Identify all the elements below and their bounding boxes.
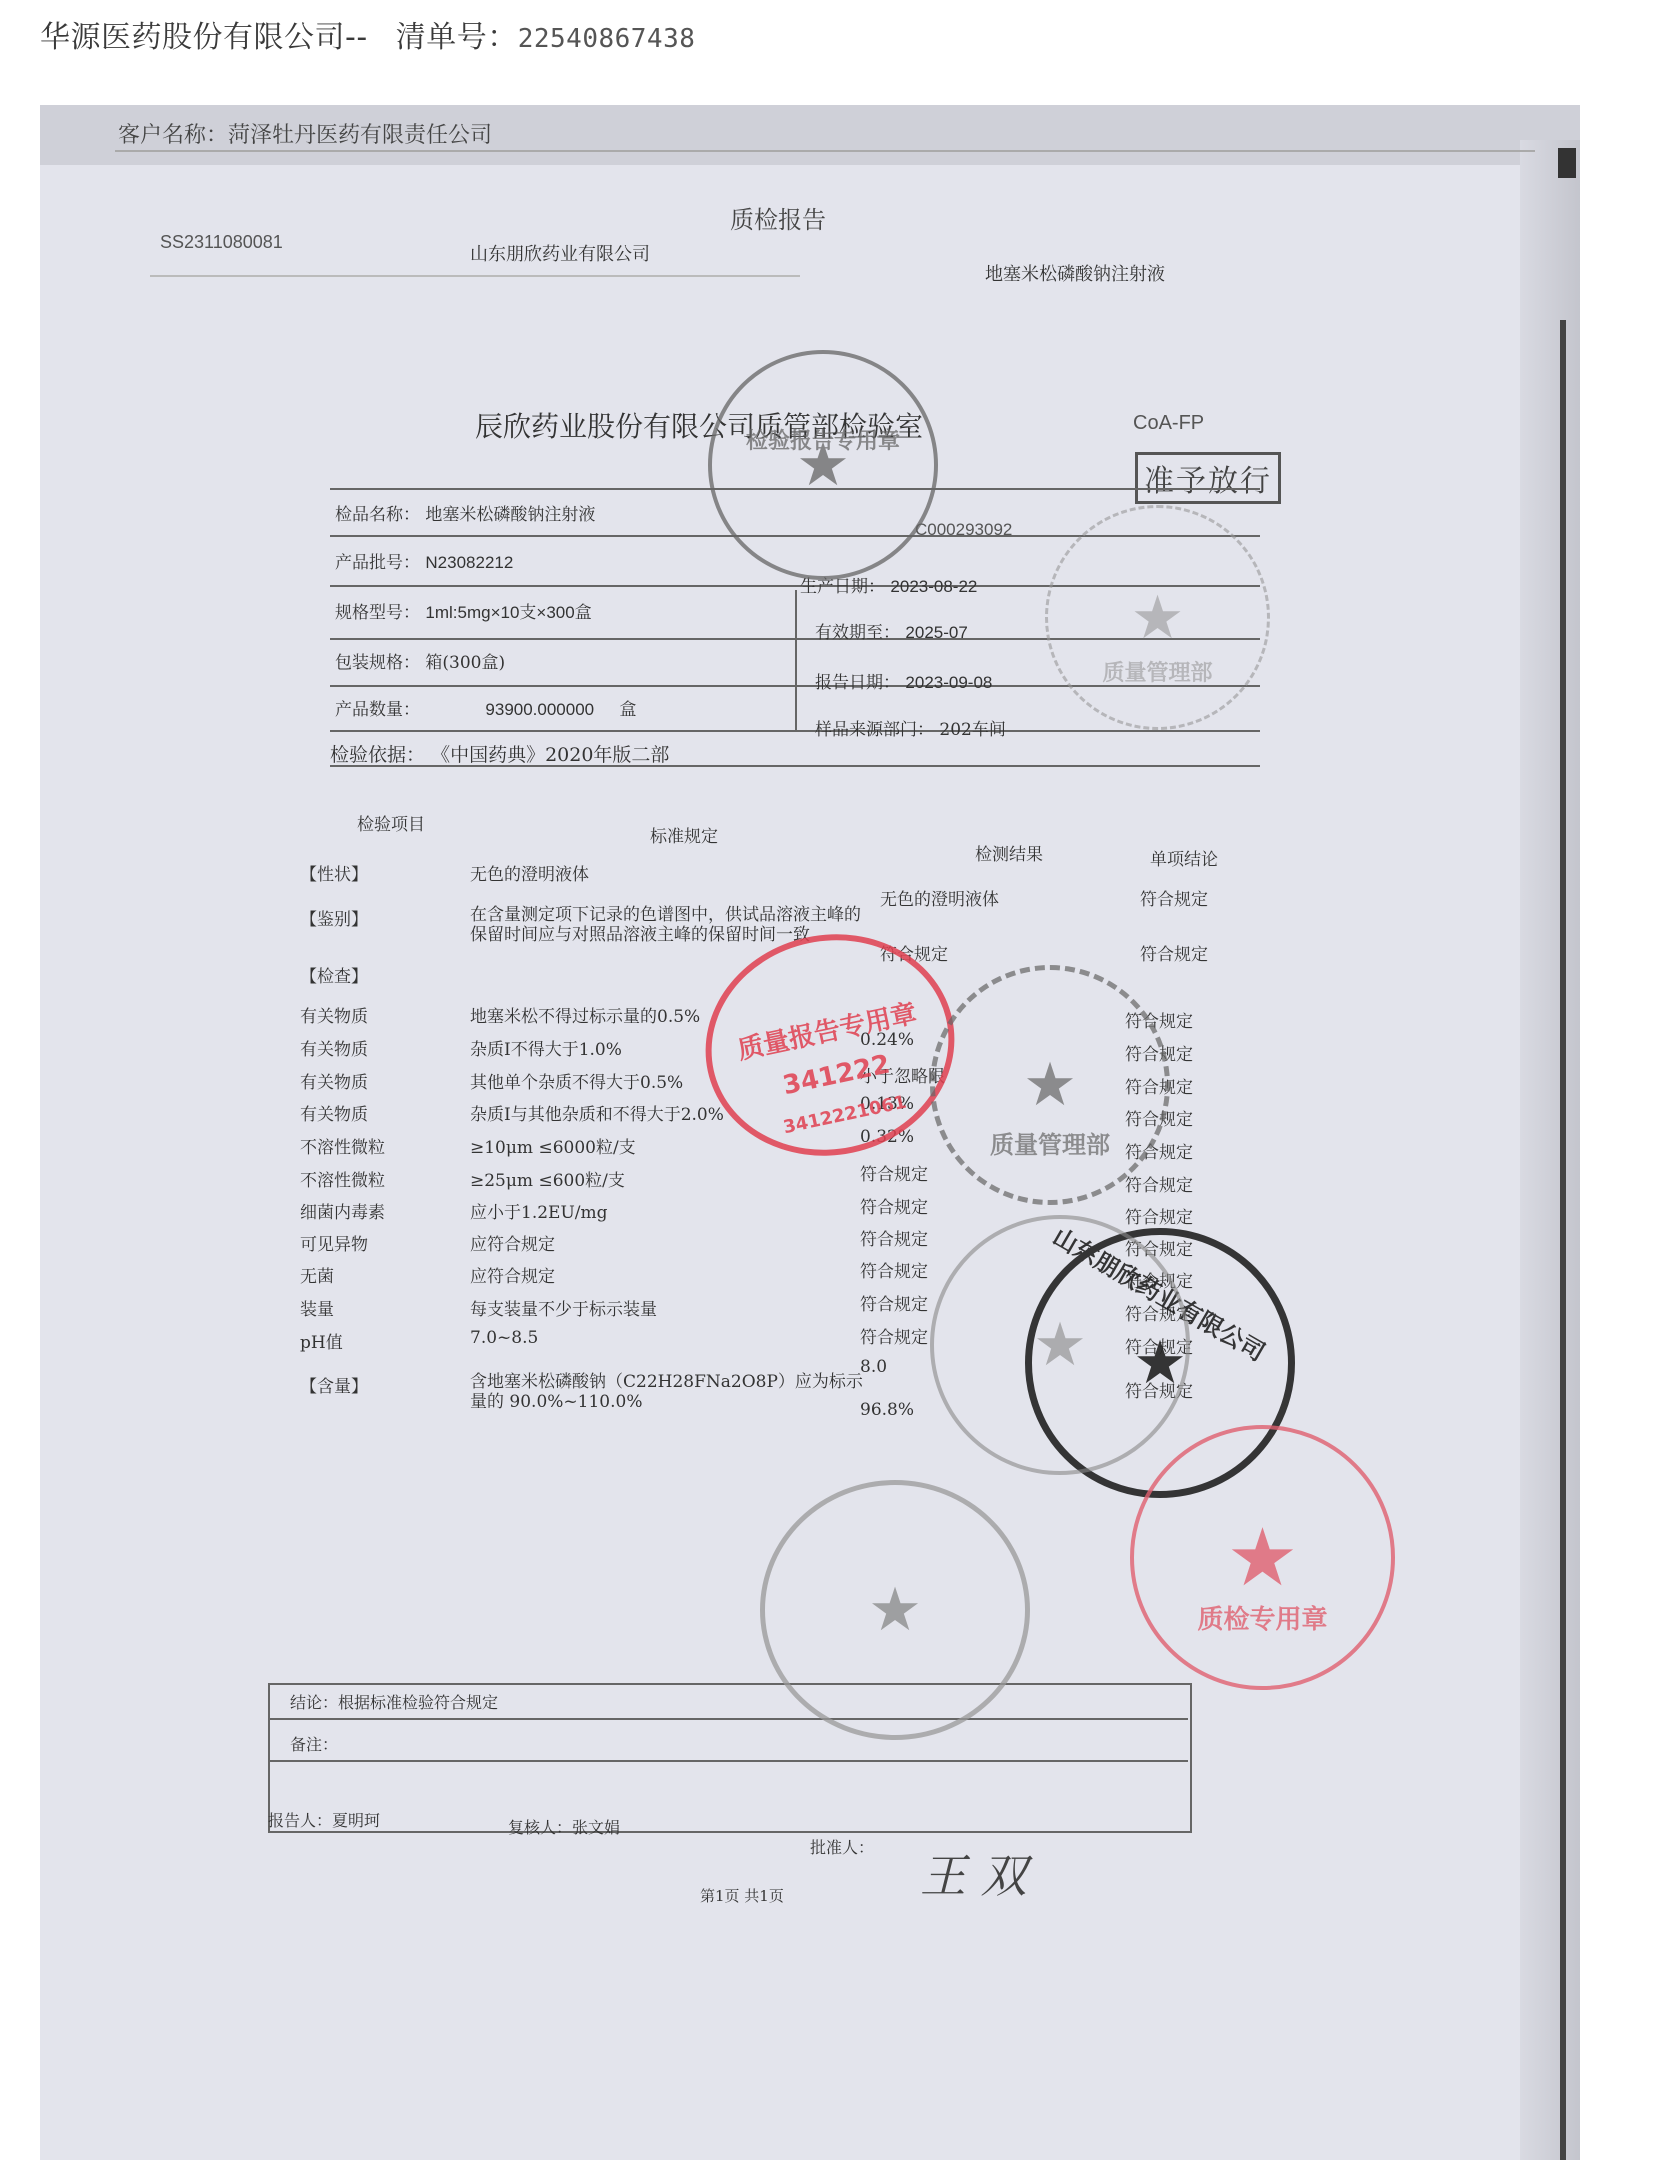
quantity-unit: 盒	[620, 700, 637, 720]
package-value: 箱(300盒)	[425, 653, 505, 673]
row-result: 96.8%	[860, 1400, 914, 1420]
row-result: 符合规定	[880, 940, 948, 965]
scan-shadow	[1520, 140, 1580, 2160]
row-conclusion: 符合规定	[1125, 1300, 1193, 1325]
conclusion-value: 根据标准检验符合规定	[338, 1693, 498, 1712]
reporter-name: 夏明珂	[332, 1811, 380, 1830]
row-item: 有关物质	[300, 1068, 368, 1093]
release-stamp: 准予放行	[1135, 452, 1281, 504]
col-header-item: 检验项目	[357, 810, 425, 835]
grid-line	[795, 590, 797, 730]
row-standard: ≥10μm ≤6000粒/支	[470, 1133, 636, 1158]
row-conclusion: 符合规定	[1125, 1040, 1193, 1065]
conclusion-label: 结论：	[290, 1693, 338, 1712]
batch-value: N23082212	[425, 553, 513, 572]
page-indicator: 第1页 共1页	[700, 1885, 784, 1906]
row-item: 【性状】	[300, 860, 368, 885]
grid-line	[330, 585, 1260, 587]
row-conclusion: 符合规定	[1140, 940, 1208, 965]
grid-line	[330, 535, 1260, 537]
production-date-label: 生产日期：	[800, 577, 885, 597]
row-standard: 杂质I与其他杂质和不得大于2.0%	[470, 1100, 724, 1125]
approver-signature: 王 双	[920, 1840, 1027, 1906]
divider	[150, 275, 800, 277]
grid-line	[268, 1760, 1188, 1762]
row-conclusion: 符合规定	[1125, 1105, 1193, 1130]
scan-edge-line	[1560, 320, 1566, 2160]
col-header-standard: 标准规定	[650, 822, 718, 847]
list-label: 清单号：	[396, 20, 518, 55]
lab-title: 辰欣药业股份有限公司质管部检验室	[475, 405, 923, 445]
row-item: 无菌	[300, 1262, 334, 1287]
product-header: 地塞米松磷酸钠注射液	[985, 260, 1165, 286]
report-date-label: 报告日期：	[815, 673, 900, 693]
row-result: 0.32%	[860, 1127, 914, 1147]
row-result: 符合规定	[860, 1323, 928, 1348]
row-item: 有关物质	[300, 1035, 368, 1060]
source-value: 202车间	[939, 720, 1005, 740]
row-item: pH值	[300, 1328, 343, 1353]
spec-value: 1ml:5mg×10支×300盒	[425, 603, 591, 622]
report-code: SS2311080081	[160, 232, 283, 253]
row-result: 0.13%	[860, 1094, 914, 1114]
divider	[115, 150, 1535, 152]
row-result: 符合规定	[860, 1225, 928, 1250]
row-conclusion: 符合规定	[1125, 1333, 1193, 1358]
row-item: 可见异物	[300, 1230, 368, 1255]
expiry-value: 2025-07	[905, 623, 967, 642]
row-standard: 杂质I不得大于1.0%	[470, 1035, 622, 1060]
customer-line: 客户名称：菏泽牡丹医药有限责任公司	[118, 118, 492, 149]
reviewer-name: 张文娟	[572, 1818, 620, 1837]
col-header-conclusion: 单项结论	[1150, 845, 1218, 870]
product-name-field: 检品名称： 地塞米松磷酸钠注射液	[335, 500, 595, 525]
spec-field: 规格型号： 1ml:5mg×10支×300盒	[335, 598, 592, 623]
row-standard: 含地塞米松磷酸钠（C22H28FNa2O8P）应为标示量的 90.0%~110.…	[470, 1372, 870, 1412]
report-date-field: 报告日期： 2023-09-08	[815, 668, 992, 693]
row-conclusion: 符合规定	[1125, 1203, 1193, 1228]
row-standard: 无色的澄明液体	[470, 860, 589, 885]
row-standard: 每支装量不少于标示装量	[470, 1295, 657, 1320]
quantity-value: 93900.000000	[485, 700, 594, 719]
product-name-value: 地塞米松磷酸钠注射液	[425, 505, 595, 525]
row-conclusion: 符合规定	[1140, 885, 1208, 910]
report-title: 质检报告	[730, 200, 826, 235]
package-label: 包装规格：	[335, 653, 420, 673]
grid-line	[330, 488, 1260, 490]
row-result: 符合规定	[860, 1160, 928, 1185]
quantity-field: 产品数量： 93900.000000 盒	[335, 695, 637, 720]
row-standard: 应符合规定	[470, 1262, 555, 1287]
row-conclusion: 符合规定	[1125, 1007, 1193, 1032]
row-conclusion: 符合规定	[1125, 1235, 1193, 1260]
expiry-field: 有效期至： 2025-07	[815, 618, 968, 643]
row-conclusion: 符合规定	[1125, 1073, 1193, 1098]
doc-code: CoA-FP	[1133, 412, 1204, 435]
row-item: 不溶性微粒	[300, 1133, 385, 1158]
customer-name: 菏泽牡丹医药有限责任公司	[228, 123, 492, 148]
row-item: 【含量】	[300, 1372, 368, 1397]
row-item: 【检查】	[300, 962, 368, 987]
row-result: 符合规定	[860, 1257, 928, 1282]
row-item: 装量	[300, 1295, 334, 1320]
row-conclusion: 符合规定	[1125, 1267, 1193, 1292]
basis-field: 检验依据： 《中国药典》2020年版二部	[330, 740, 669, 767]
row-item: 【鉴别】	[300, 905, 368, 930]
row-result: 无色的澄明液体	[880, 885, 999, 910]
row-standard: 7.0~8.5	[470, 1328, 538, 1348]
row-item: 不溶性微粒	[300, 1166, 385, 1191]
basis-value: 《中国药典》2020年版二部	[431, 744, 669, 766]
row-standard: 在含量测定项下记录的色谱图中，供试品溶液主峰的保留时间应与对照品溶液主峰的保留时…	[470, 905, 870, 945]
row-result: 小于忽略限	[860, 1062, 945, 1087]
spec-label: 规格型号：	[335, 603, 420, 623]
manufacturer: 山东朋欣药业有限公司	[470, 240, 650, 266]
col-header-result: 检测结果	[975, 840, 1043, 865]
row-item: 细菌内毒素	[300, 1198, 385, 1223]
row-standard: 地塞米松不得过标示量的0.5%	[470, 1002, 700, 1027]
row-standard: 应小于1.2EU/mg	[470, 1198, 608, 1223]
row-item: 有关物质	[300, 1002, 368, 1027]
remarks-label: 备注：	[290, 1732, 338, 1755]
production-date-field: 生产日期： 2023-08-22	[800, 572, 977, 597]
company-name: 华源医药股份有限公司--	[40, 20, 368, 55]
list-number: 22540867438	[518, 24, 696, 54]
row-standard: 其他单个杂质不得大于0.5%	[470, 1068, 683, 1093]
source-field: 样品来源部门： 202车间	[815, 715, 1006, 740]
quantity-label: 产品数量：	[335, 700, 420, 720]
customer-label: 客户名称：	[118, 123, 228, 148]
batch-field: 产品批号： N23082212	[335, 548, 513, 573]
production-date-value: 2023-08-22	[890, 577, 977, 596]
scan-edge-mark	[1558, 148, 1576, 178]
row-conclusion: 符合规定	[1125, 1377, 1193, 1402]
grid-line	[268, 1718, 1188, 1720]
source-label: 样品来源部门：	[815, 720, 934, 740]
approver-label: 批准人：	[810, 1835, 874, 1858]
basis-label: 检验依据：	[330, 744, 425, 766]
reviewer-field: 复核人：张文娟	[508, 1815, 620, 1838]
row-result: 0.24%	[860, 1030, 914, 1050]
row-result: 符合规定	[860, 1193, 928, 1218]
row-conclusion: 符合规定	[1125, 1171, 1193, 1196]
package-field: 包装规格： 箱(300盒)	[335, 648, 505, 673]
reporter-field: 报告人：夏明珂	[268, 1808, 380, 1831]
document-header: 华源医药股份有限公司-- 清单号：22540867438	[40, 12, 695, 56]
report-number-value: C000293092	[915, 520, 1012, 540]
product-name-label: 检品名称：	[335, 505, 420, 525]
reviewer-label: 复核人：	[508, 1818, 572, 1837]
conclusion-field: 结论：根据标准检验符合规定	[290, 1690, 498, 1713]
row-result: 符合规定	[860, 1290, 928, 1315]
batch-label: 产品批号：	[335, 553, 420, 573]
grid-line	[330, 730, 1260, 732]
row-standard: ≥25μm ≤600粒/支	[470, 1166, 625, 1191]
row-conclusion: 符合规定	[1125, 1138, 1193, 1163]
expiry-label: 有效期至：	[815, 623, 900, 643]
row-item: 有关物质	[300, 1100, 368, 1125]
reporter-label: 报告人：	[268, 1811, 332, 1830]
row-standard: 应符合规定	[470, 1230, 555, 1255]
report-date-value: 2023-09-08	[905, 673, 992, 692]
